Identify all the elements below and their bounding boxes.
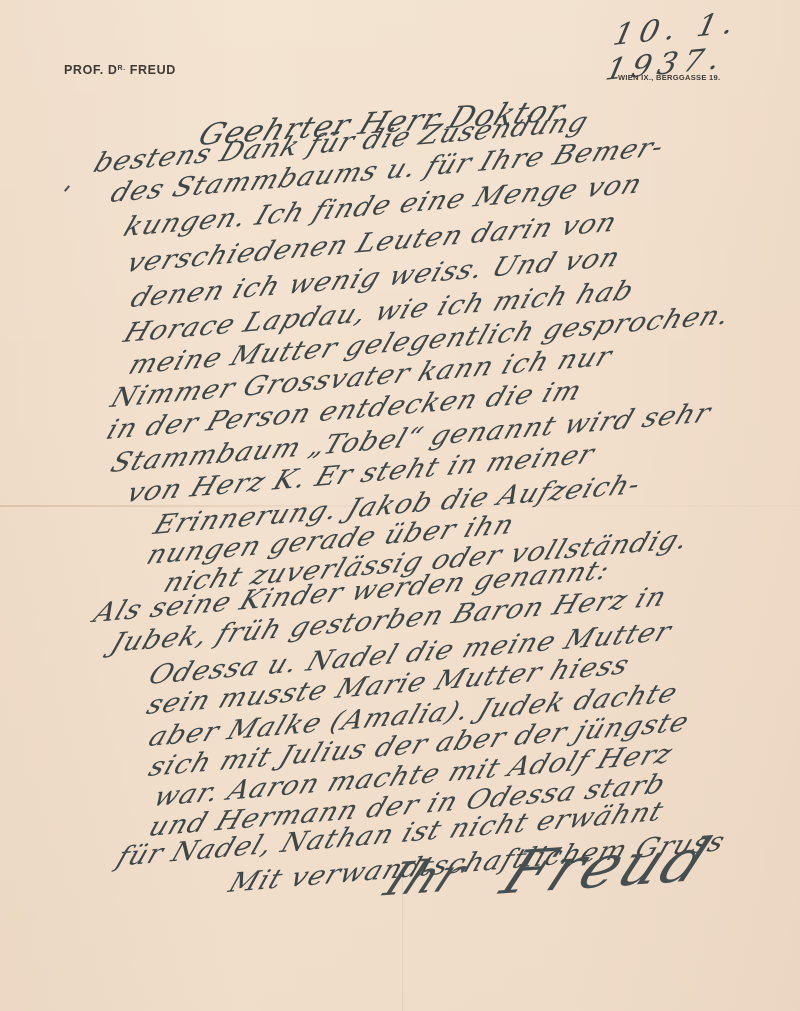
letter-date: 10. 1. 1937. [602, 0, 800, 88]
letterhead-name: PROF. DR. FREUD [64, 63, 176, 77]
letterhead-name-superscript: R. [118, 65, 126, 72]
signature-name: Freud [491, 825, 723, 908]
ink-mark [64, 185, 70, 192]
letterhead-name-prefix: PROF. D [64, 63, 118, 77]
letterhead-name-suffix: FREUD [126, 63, 176, 77]
letter-page: PROF. DR. FREUD WIEN IX., BERGGASSE 19. … [0, 0, 800, 1011]
